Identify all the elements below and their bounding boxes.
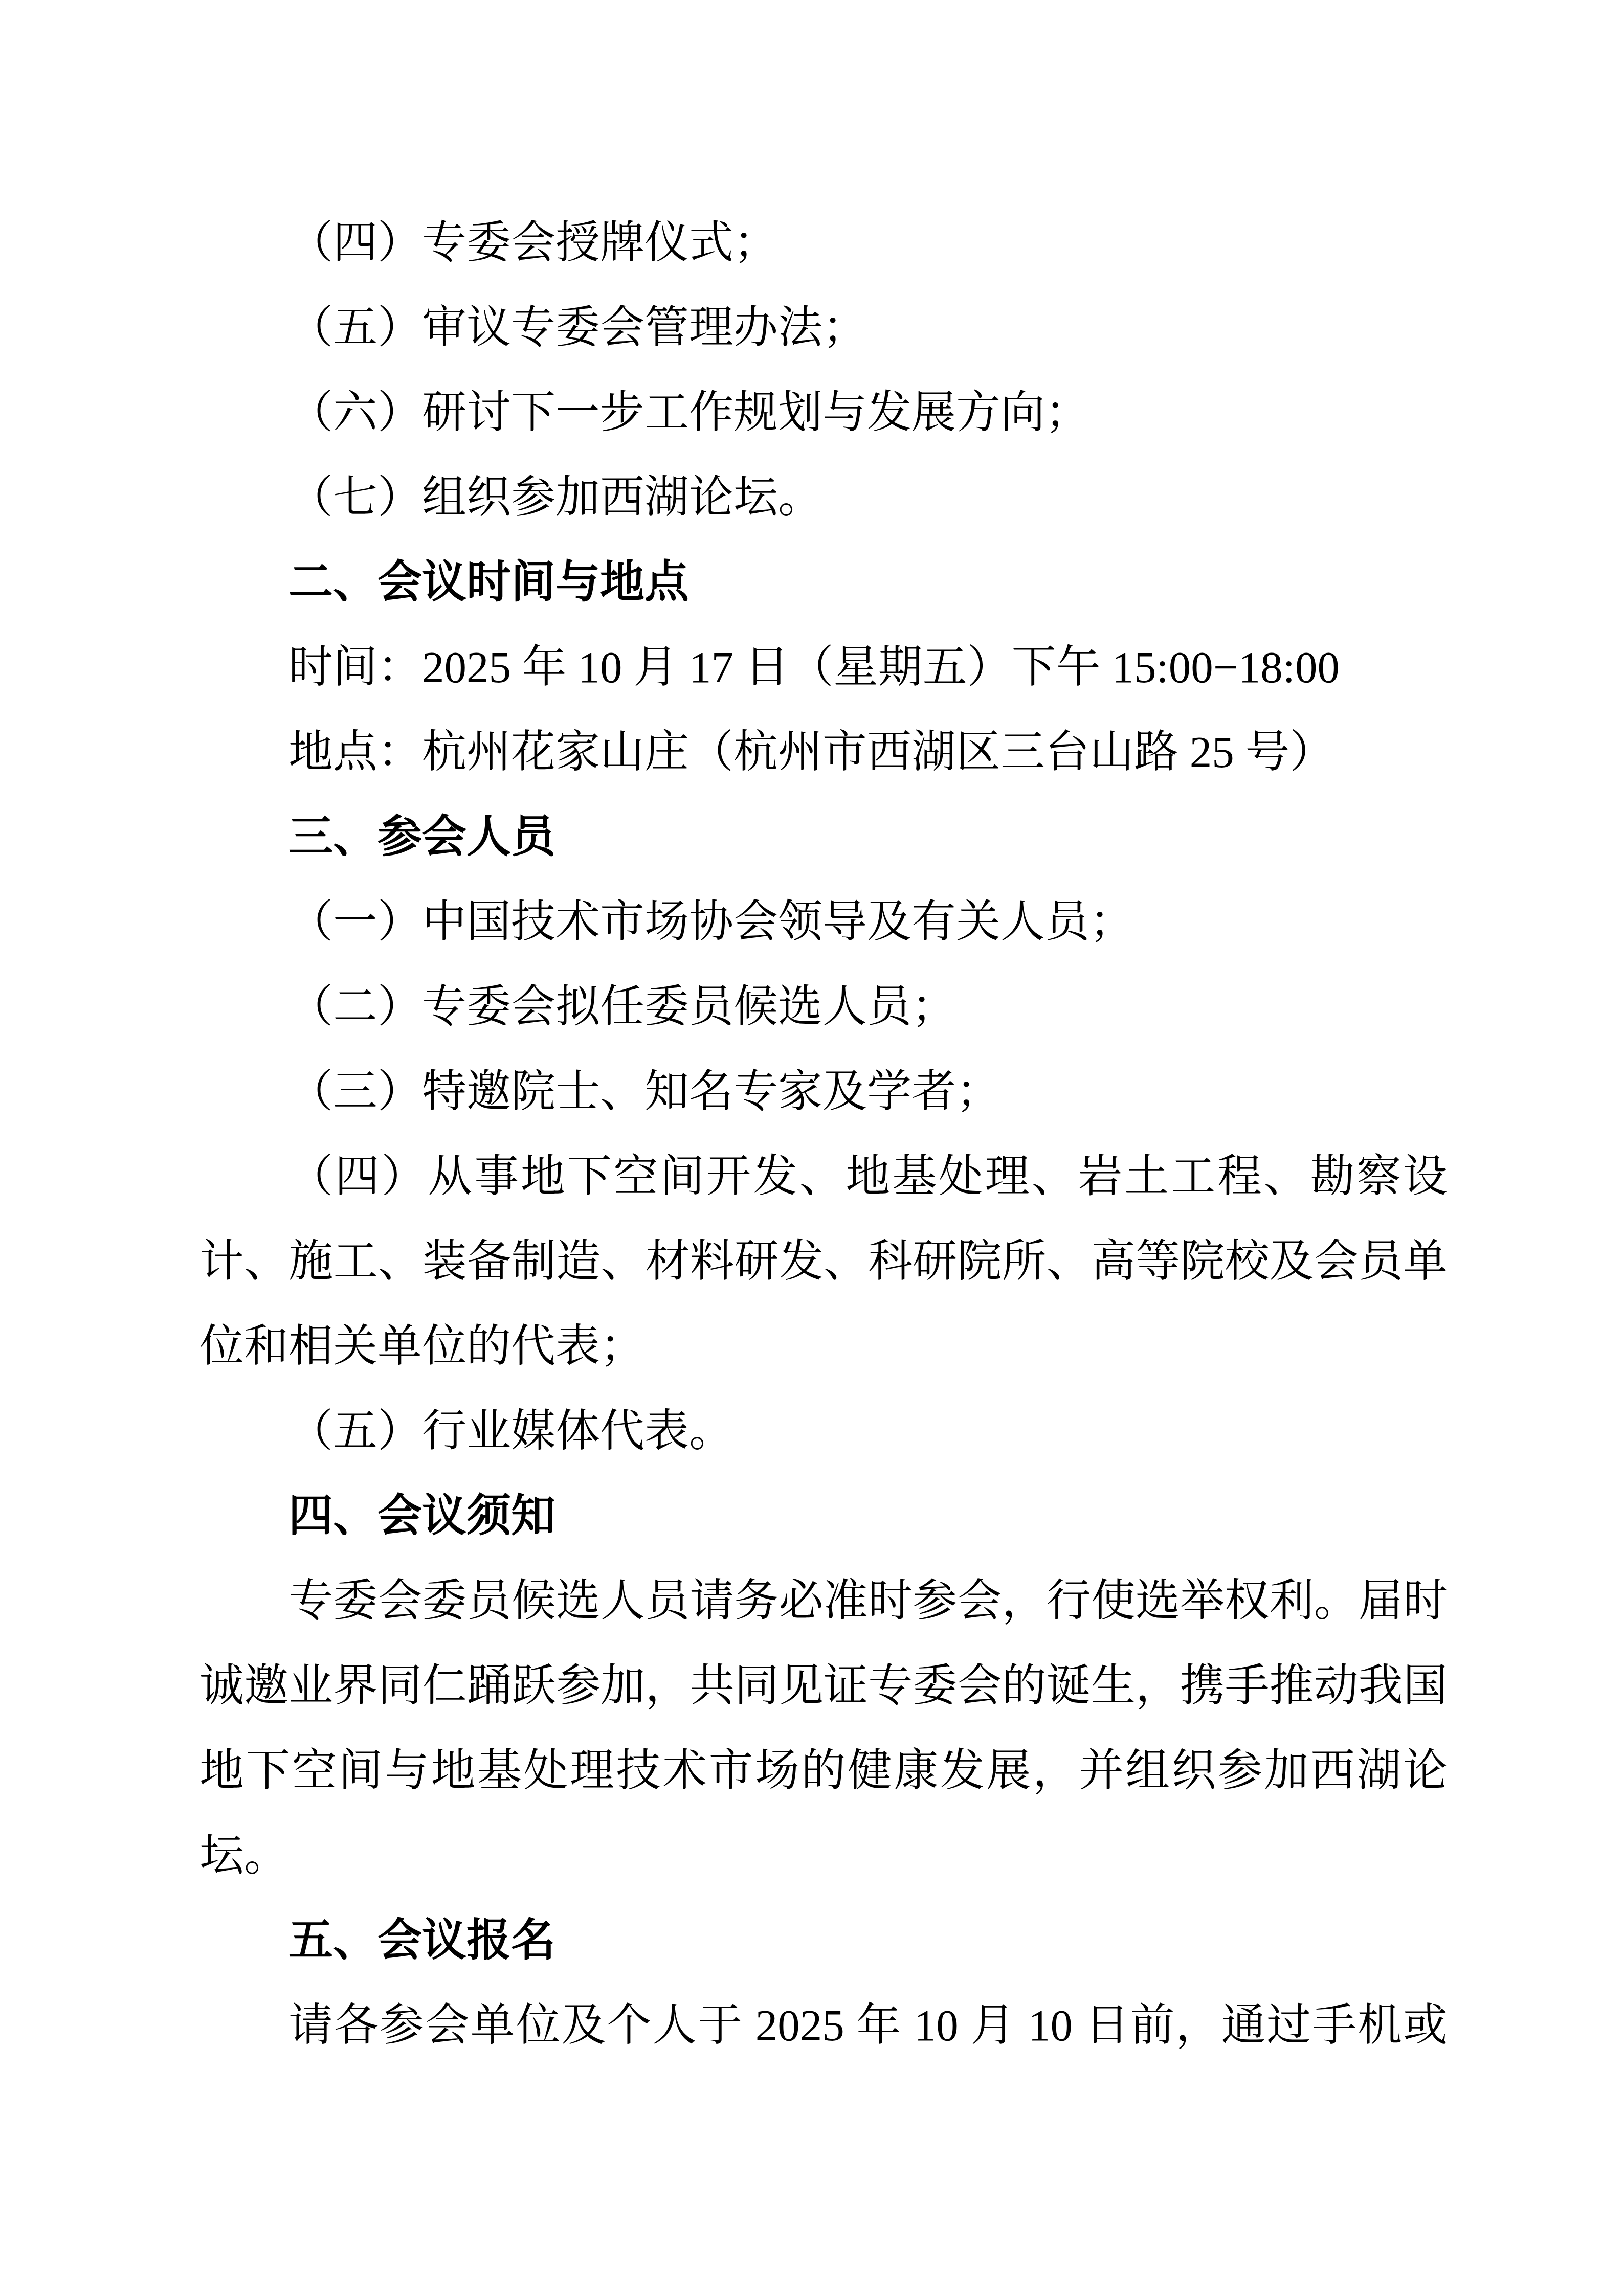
section-heading-time-place: 二、会议时间与地点 [199, 540, 1448, 625]
registration-paragraph-line-1: 请各参会单位及个人于 2025 年 10 月 10 日前，通过手机或电 [199, 1983, 1448, 2068]
agenda-item-5: （五）审议专委会管理办法； [199, 285, 1448, 370]
agenda-item-4: （四）专委会授牌仪式； [199, 200, 1448, 285]
notice-paragraph-line-1: 专委会委员候选人员请务必准时参会，行使选举权利。届时 [199, 1559, 1448, 1644]
attendee-item-4-line-2: 计、施工、装备制造、材料研发、科研院所、高等院校及会员单 [199, 1219, 1448, 1304]
attendee-item-2: （二）专委会拟任委员候选人员； [199, 964, 1448, 1049]
attendee-item-1: （一）中国技术市场协会领导及有关人员； [199, 880, 1448, 964]
attendee-item-4-line-3: 位和相关单位的代表； [199, 1304, 1448, 1389]
attendee-item-3: （三）特邀院士、知名专家及学者； [199, 1049, 1448, 1134]
attendee-item-4-line-1: （四）从事地下空间开发、地基处理、岩土工程、勘察设 [199, 1134, 1448, 1219]
agenda-item-6: （六）研讨下一步工作规划与发展方向； [199, 370, 1448, 455]
document-page: （四）专委会授牌仪式； （五）审议专委会管理办法； （六）研讨下一步工作规划与发… [0, 0, 1624, 2296]
section-heading-notice: 四、会议须知 [199, 1474, 1448, 1559]
section-heading-registration: 五、会议报名 [199, 1898, 1448, 1983]
document-body: （四）专委会授牌仪式； （五）审议专委会管理办法； （六）研讨下一步工作规划与发… [199, 200, 1448, 2068]
meeting-location-line: 地点：杭州花家山庄（杭州市西湖区三台山路 25 号） [199, 710, 1448, 795]
notice-paragraph-line-3: 地下空间与地基处理技术市场的健康发展，并组织参加西湖论 [199, 1728, 1448, 1813]
section-heading-attendees: 三、参会人员 [199, 795, 1448, 880]
attendee-item-5: （五）行业媒体代表。 [199, 1389, 1448, 1474]
agenda-item-7: （七）组织参加西湖论坛。 [199, 455, 1448, 540]
notice-paragraph-line-4: 坛。 [199, 1813, 1448, 1898]
meeting-time-line: 时间：2025 年 10 月 17 日（星期五）下午 15:00−18:00 [199, 625, 1448, 710]
notice-paragraph-line-2: 诚邀业界同仁踊跃参加，共同见证专委会的诞生，携手推动我国 [199, 1644, 1448, 1728]
